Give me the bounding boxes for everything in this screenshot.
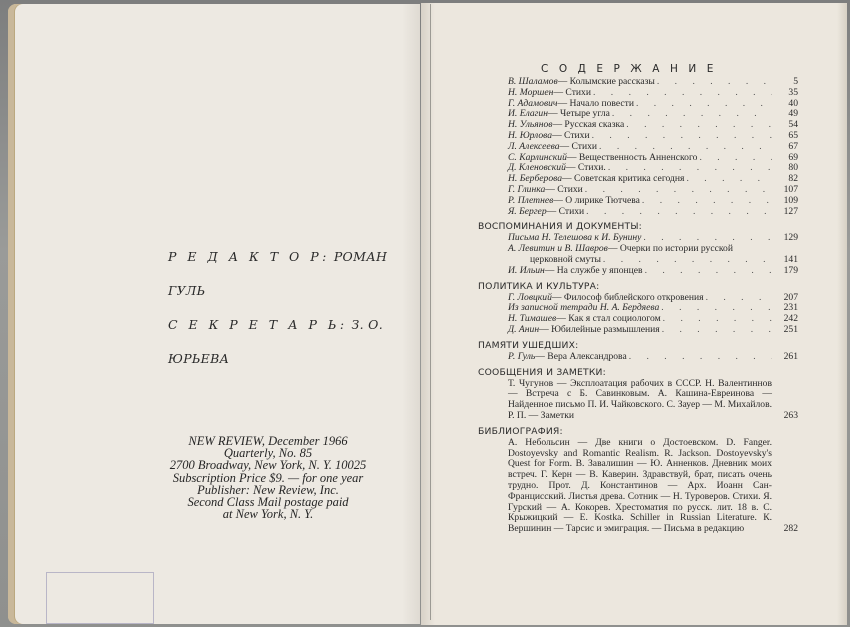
entry-page: 282: [776, 524, 798, 535]
entry-page: 251: [776, 325, 798, 336]
leader-dots: . . . . . . . . . . . . . . . . . . . . …: [686, 174, 772, 185]
entry-page: 67: [776, 142, 798, 153]
entry-title: — О лирике Тютчева: [553, 196, 640, 207]
entry-author: Д. Анин: [508, 325, 539, 336]
imprint-line: at New York, N. Y.: [138, 508, 398, 520]
editorial-staff: Р Е Д А К Т О Р: РОМАН ГУЛЬ С Е К Р Е Т …: [168, 240, 420, 376]
toc-entry: Н. Моршен — Стихи . . . . . . . . . . . …: [478, 88, 798, 99]
entry-title: — Юбилейные размышления: [539, 325, 660, 336]
imprint-line: Subscription Price $9. — for one year: [138, 472, 398, 484]
leader-dots: . . . . . . . . . . . . . . . . . . . . …: [645, 266, 772, 277]
toc-entry: Р. Гуль — Вера Александрова . . . . . . …: [478, 352, 798, 363]
notes-block: Т. Чугунов — Эксплоатация рабочих в СССР…: [478, 379, 798, 422]
entry-text: Т. Чугунов — Эксплоатация рабочих в СССР…: [478, 379, 798, 422]
entry-author: Р. Плетнев: [508, 196, 553, 207]
memorial-entries: Р. Гуль — Вера Александрова . . . . . . …: [478, 352, 798, 363]
entry-author: Л. Алексеева: [508, 142, 560, 153]
toc-paragraph-entry: А. Небольсин — Две книги о Достоевском. …: [478, 438, 798, 535]
main-entries: В. Шаламов — Колымские рассказы . . . . …: [478, 77, 798, 217]
entry-title: — Стихи: [547, 207, 585, 218]
entry-text: А. Небольсин — Две книги о Достоевском. …: [478, 438, 798, 535]
entry-title: — Очерки по истории русской: [608, 244, 733, 255]
leader-dots: . . . . . . . . . . . . . . . . . . . . …: [612, 109, 772, 120]
entry-title: — На службе у японцев: [545, 266, 643, 277]
secretary-line: С Е К Р Е Т А Р Ь: З. О. ЮРЬЕВА: [168, 308, 420, 376]
entry-title: — Вера Александрова: [535, 352, 626, 363]
section-heading-notes: СООБЩЕНИЯ И ЗАМЕТКИ:: [478, 366, 798, 379]
entry-page: 263: [776, 411, 798, 422]
entry-page: 127: [776, 207, 798, 218]
toc-entry: Р. Плетнев — О лирике Тютчева . . . . . …: [478, 196, 798, 207]
toc-entry: Д. Анин — Юбилейные размышления . . . . …: [478, 325, 798, 336]
table-of-contents: С О Д Е Р Ж А Н И Е В. Шаламов — Колымск…: [478, 63, 798, 535]
entry-page: 35: [776, 88, 798, 99]
leader-dots: . . . . . . . . . . . . . . . . . . . . …: [661, 303, 772, 314]
politics-entries: Г. Ловцкий — Философ библейского открове…: [478, 293, 798, 336]
editor-line: Р Е Д А К Т О Р: РОМАН ГУЛЬ: [168, 240, 420, 308]
imprint-block: NEW REVIEW, December 1966 Quarterly, No.…: [138, 435, 398, 520]
leader-dots: . . . . . . . . . . . . . . . . . . . . …: [636, 99, 772, 110]
entry-page: 261: [776, 352, 798, 363]
bibliography-block: А. Небольсин — Две книги о Достоевском. …: [478, 438, 798, 535]
leader-dots: . . . . . . . . . . . . . . . . . . . . …: [592, 131, 772, 142]
entry-title: — Стихи: [553, 88, 591, 99]
entry-title: — Стихи: [560, 142, 598, 153]
editor-role: Р Е Д А К Т О Р:: [168, 249, 330, 264]
secretary-role: С Е К Р Е Т А Р Ь:: [168, 317, 348, 332]
entry-author: Р. Гуль: [508, 352, 535, 363]
leader-dots: . . . . . . . . . . . . . . . . . . . . …: [599, 142, 772, 153]
toc-entry: Я. Бергер — Стихи . . . . . . . . . . . …: [478, 207, 798, 218]
left-page: Р Е Д А К Т О Р: РОМАН ГУЛЬ С Е К Р Е Т …: [8, 4, 420, 624]
toc-entry: А. Левитин и В. Шавров — Очерки по истор…: [478, 244, 798, 255]
section-heading-memorial: ПАМЯТИ УШЕДШИХ:: [478, 339, 798, 352]
library-stamp: [46, 572, 154, 624]
entry-page: 129: [776, 233, 798, 244]
entry-author: Н. Моршен: [508, 88, 553, 99]
imprint-line: 2700 Broadway, New York, N. Y. 10025: [138, 459, 398, 471]
entry-page: 109: [776, 196, 798, 207]
leader-dots: . . . . . . . . . . . . . . . . . . . . …: [706, 293, 772, 304]
section-heading-bibliography: БИБЛИОГРАФИЯ:: [478, 425, 798, 438]
leader-dots: . . . . . . . . . . . . . . . . . . . . …: [626, 120, 772, 131]
leader-dots: . . . . . . . . . . . . . . . . . . . . …: [593, 88, 772, 99]
book-gutter: [430, 4, 431, 620]
toc-title: С О Д Е Р Ж А Н И Е: [460, 63, 798, 75]
section-heading-politics: ПОЛИТИКА И КУЛЬТУРА:: [478, 280, 798, 293]
toc-paragraph-entry: Т. Чугунов — Эксплоатация рабочих в СССР…: [478, 379, 798, 422]
leader-dots: . . . . . . . . . . . . . . . . . . . . …: [657, 77, 772, 88]
leader-dots: . . . . . . . . . . . . . . . . . . . . …: [662, 325, 772, 336]
leader-dots: . . . . . . . . . . . . . . . . . . . . …: [629, 352, 772, 363]
toc-entry: И. Ильин — На службе у японцев . . . . .…: [478, 266, 798, 277]
leader-dots: . . . . . . . . . . . . . . . . . . . . …: [663, 314, 772, 325]
entry-page: 179: [776, 266, 798, 277]
leader-dots: . . . . . . . . . . . . . . . . . . . . …: [586, 207, 772, 218]
toc-entry: Л. Алексеева — Стихи . . . . . . . . . .…: [478, 142, 798, 153]
leader-dots: . . . . . . . . . . . . . . . . . . . . …: [642, 196, 772, 207]
entry-author: И. Ильин: [508, 266, 545, 277]
book-scan: Р Е Д А К Т О Р: РОМАН ГУЛЬ С Е К Р Е Т …: [0, 0, 850, 627]
leader-dots: . . . . . . . . . . . . . . . . . . . . …: [699, 153, 772, 164]
memoirs-entries: Письма Н. Телешова к И. Бунину . . . . .…: [478, 233, 798, 276]
entry-author: Я. Бергер: [508, 207, 547, 218]
